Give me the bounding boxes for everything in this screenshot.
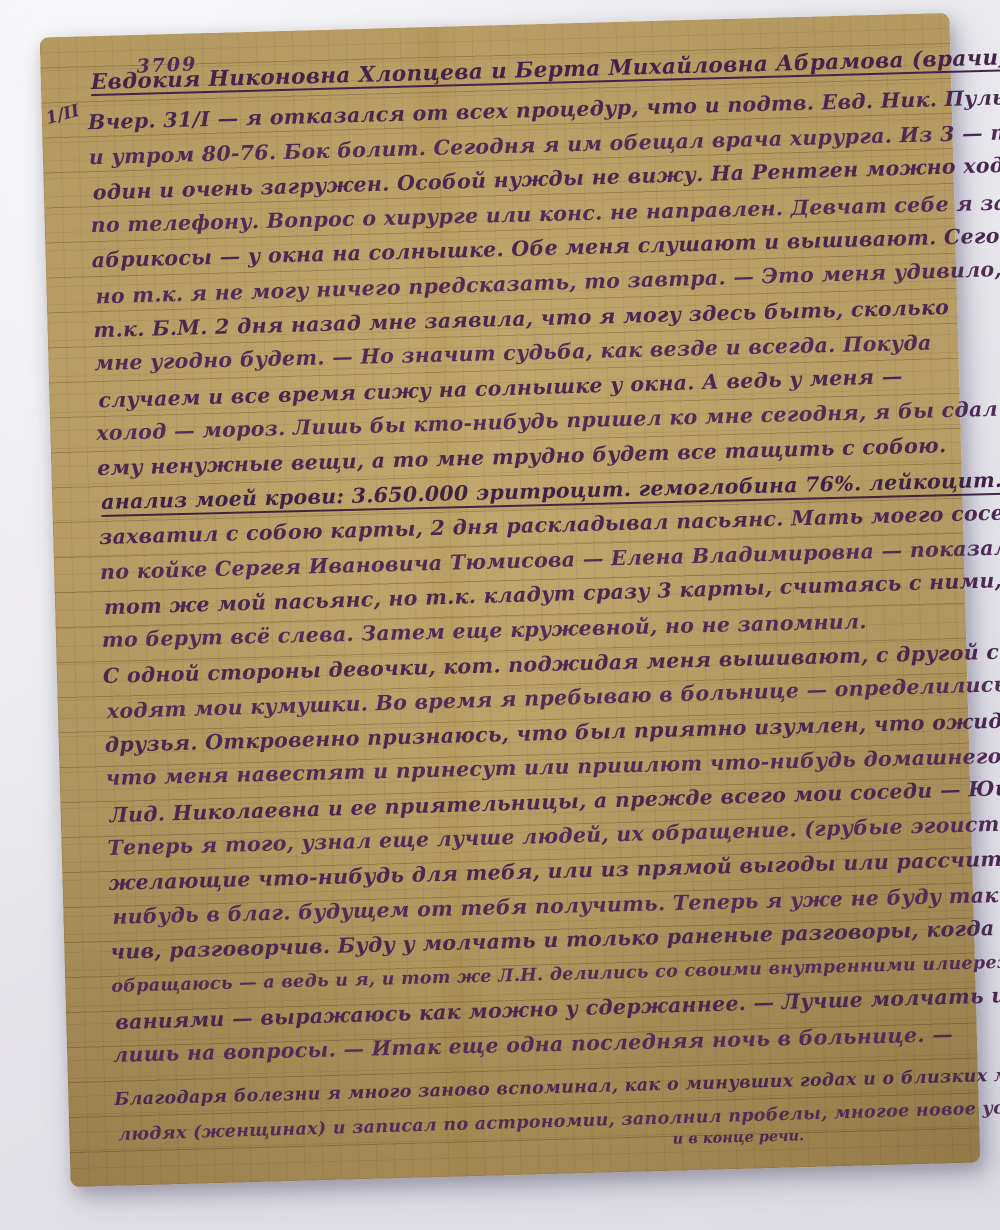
manuscript-content: 3709 Евдокия Никоновна Хлопцева и Берта … <box>40 13 981 1187</box>
margin-date-note: 1/II <box>44 101 82 129</box>
manuscript-page: 3709 Евдокия Никоновна Хлопцева и Берта … <box>40 13 981 1187</box>
manuscript-body: Вчер. 31/I — я отказался от всех процеду… <box>87 83 953 1152</box>
